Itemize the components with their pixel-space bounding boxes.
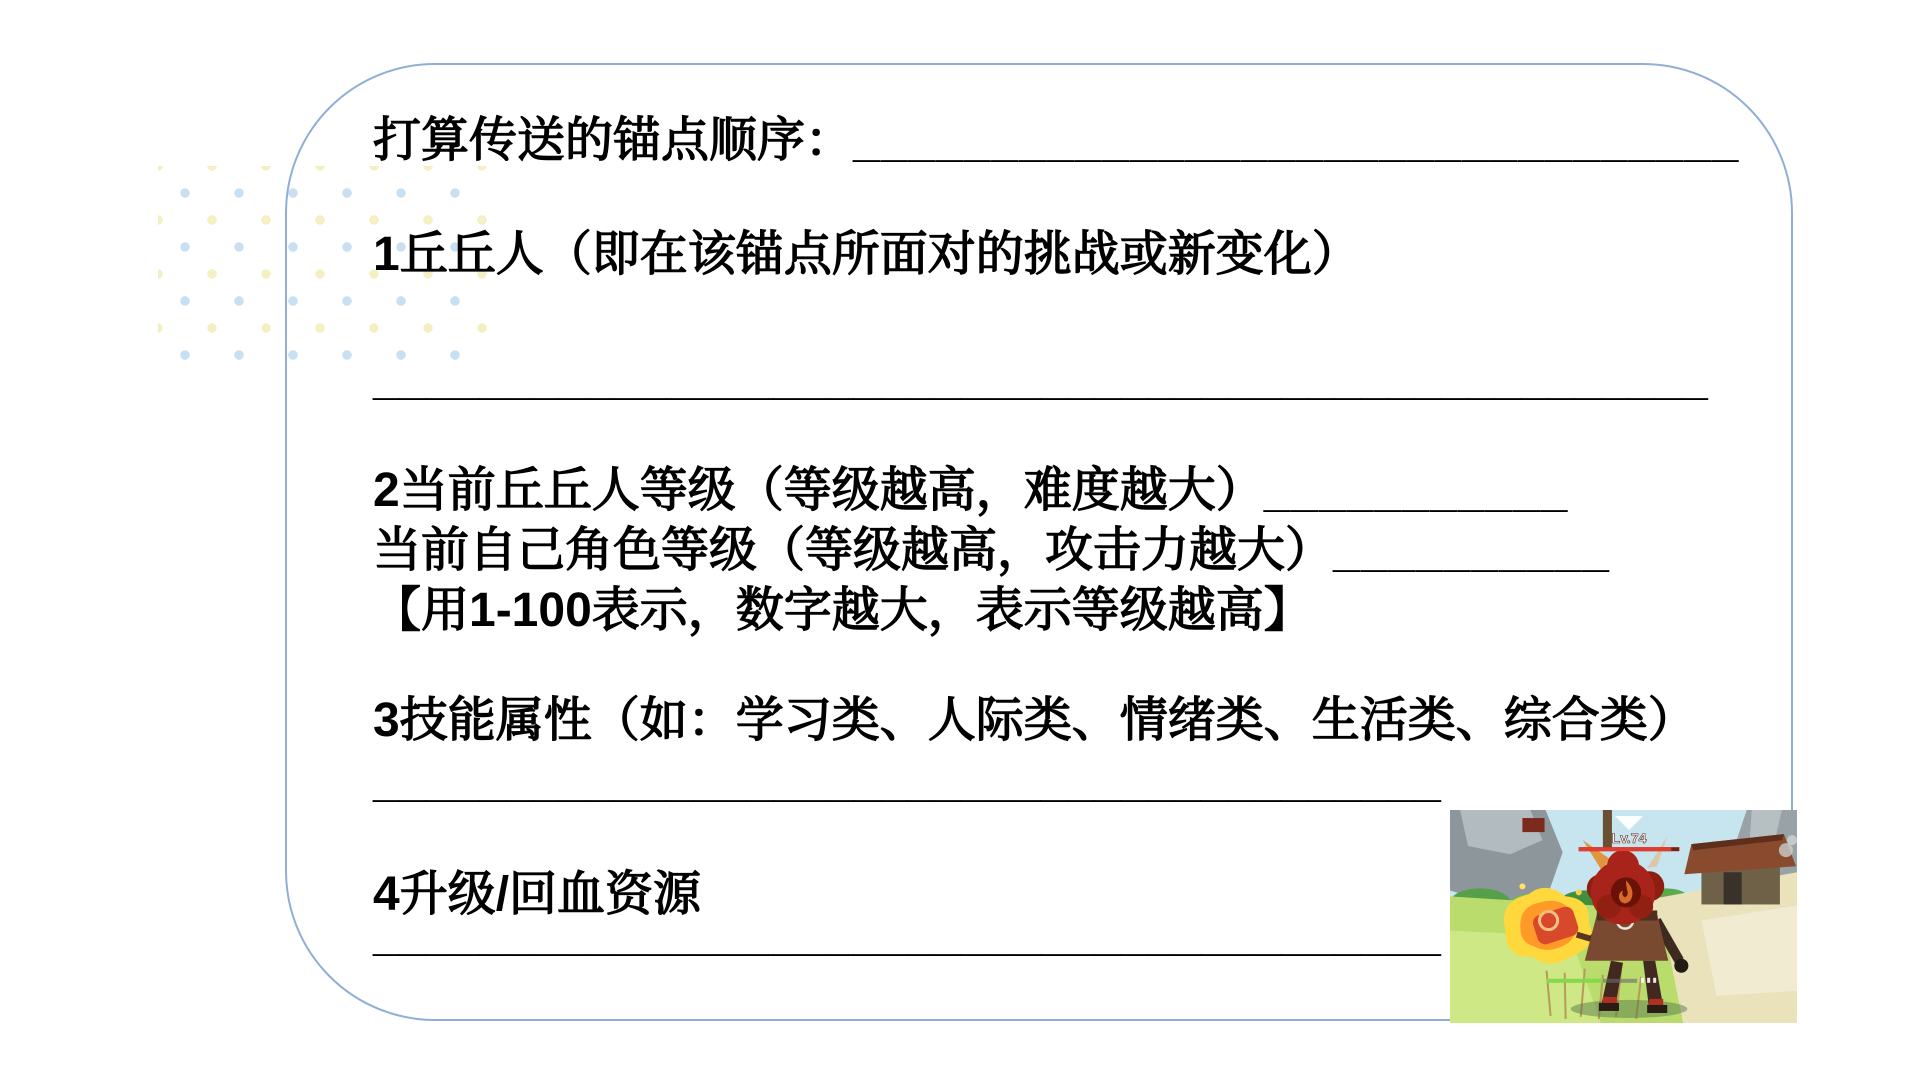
title-row: 打算传送的锚点顺序：______________________________… [373,112,1739,170]
section4-blank-line: ________________________________________ [373,906,1441,964]
smoke [1787,835,1797,845]
section3-heading: 3技能属性（如：学习类、人际类、情绪类、生活类、综合类） [373,692,1696,750]
page-title: 打算传送的锚点顺序： [373,114,853,167]
sand-light [1701,905,1797,995]
section2-line2: 当前自己角色等级（等级越高，攻击力越大） [373,524,1333,577]
section1-heading: 1丘丘人（即在该锚点所面对的挑战或新变化） [373,226,1360,284]
spark [1519,883,1525,889]
spark [1576,889,1582,895]
section2-line2-row: 当前自己角色等级（等级越高，攻击力越大）__________ [373,522,1610,580]
enemy-hp-bar [1579,847,1672,851]
game-screenshot: Lv.74 [1450,810,1797,1023]
red-crate-on-rock [1522,818,1544,832]
section3-blank-line: ________________________________________ [373,752,1441,810]
hut-door [1724,872,1742,904]
section2-line2-blank: __________ [1333,524,1610,577]
section2-line1-blank: ___________ [1264,464,1569,517]
smoke [1779,843,1793,857]
worksheet-slide: 打算传送的锚点顺序：______________________________… [0,0,1920,1080]
enemy-level-label: Lv.74 [1612,830,1647,846]
section2-note: 【用1-100表示，数字越大，表示等级越高】 [373,582,1312,640]
section2-line1-row: 2当前丘丘人等级（等级越高，难度越大）___________ [373,462,1568,520]
section2-line1: 2当前丘丘人等级（等级越高，难度越大） [373,464,1264,517]
title-blank-line: ________________________________ [853,114,1739,167]
section1-blank-line: ________________________________________… [373,350,1708,408]
character-shadow [1571,1000,1688,1018]
